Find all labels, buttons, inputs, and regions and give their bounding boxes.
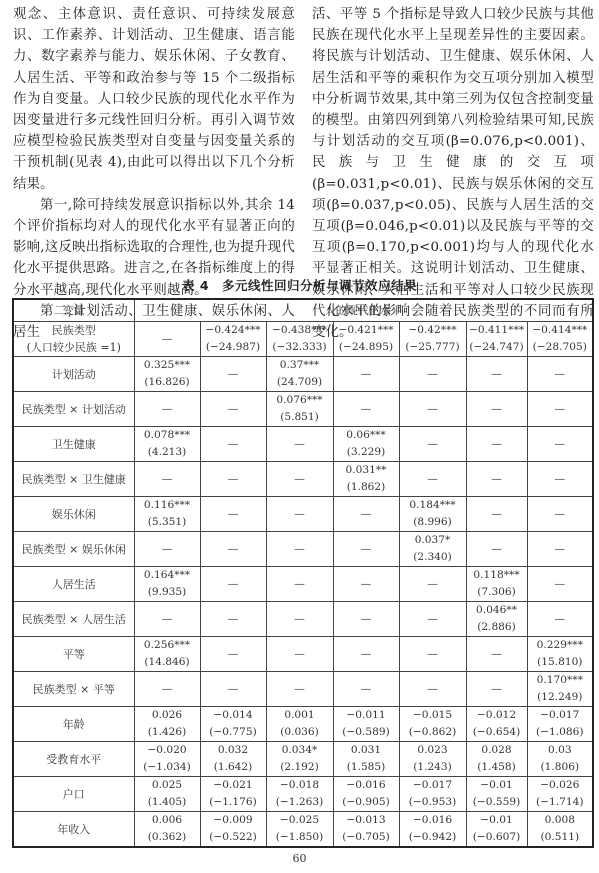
coefficient: 0.116***: [135, 497, 200, 514]
coefficient: —: [135, 541, 200, 558]
table-cell: —: [527, 567, 593, 602]
table-cell: —: [527, 602, 593, 637]
t-value: (−32.333): [267, 339, 333, 356]
t-value: (−1.086): [528, 724, 593, 741]
row-label: 受教育水平: [13, 742, 134, 777]
row-label-line: 年收入: [14, 821, 134, 838]
coefficient: —: [267, 611, 333, 628]
table-cell: 0.028(1.458): [466, 742, 527, 777]
table-cell: —: [200, 672, 266, 707]
table-cell: 0.032(1.642): [200, 742, 266, 777]
coefficient: −0.011: [334, 707, 399, 724]
table-cell: —: [466, 672, 527, 707]
row-label-line: 民族类型 × 人居生活: [14, 611, 134, 628]
table-cell: —: [266, 427, 333, 462]
t-value: (5.351): [135, 514, 200, 531]
coefficient: −0.015: [400, 707, 466, 724]
table-row: 年收入0.006(0.362)−0.009(−0.522)−0.025(−1.8…: [13, 812, 593, 848]
table-cell: —: [333, 602, 399, 637]
coefficient: −0.021: [201, 777, 266, 794]
t-value: (−1.714): [528, 794, 593, 811]
coefficient: 0.06***: [334, 427, 399, 444]
table-cell: 0.037*(2.340): [399, 532, 466, 567]
paragraph: 观念、主体意识、责任意识、可持续发展意识、工作素养、计划活动、卫生健康、语言能力…: [13, 4, 295, 195]
table-cell: −0.011(−0.589): [333, 707, 399, 742]
coefficient: −0.01: [467, 777, 527, 794]
table-cell: —: [200, 427, 266, 462]
table-cell: 0.118***(7.306): [466, 567, 527, 602]
coefficient: 0.170***: [528, 672, 593, 689]
row-label: 民族类型 × 平等: [13, 672, 134, 707]
table-cell: —: [266, 567, 333, 602]
coefficient: −0.42***: [400, 322, 466, 339]
table-cell: —: [266, 672, 333, 707]
table-cell: 0.184***(8.996): [399, 497, 466, 532]
table-cell: 0.116***(5.351): [134, 497, 200, 532]
coefficient: 0.028: [467, 742, 527, 759]
coefficient: —: [400, 646, 466, 663]
table-cell: —: [134, 532, 200, 567]
coefficient: −0.016: [400, 812, 466, 829]
row-label-line: 平等: [14, 646, 134, 663]
table-cell: —: [266, 462, 333, 497]
table-cell: −0.015(−0.862): [399, 707, 466, 742]
row-label: 民族类型 × 娱乐休闲: [13, 532, 134, 567]
coefficient: 0.034*: [267, 742, 333, 759]
coefficient: −0.411***: [467, 322, 527, 339]
coefficient: —: [467, 506, 527, 523]
coefficient: —: [467, 646, 527, 663]
coefficient: 0.032: [201, 742, 266, 759]
table-cell: —: [134, 322, 200, 357]
table-cell: 0.325***(16.826): [134, 357, 200, 392]
coefficient: —: [201, 436, 266, 453]
table-cell: —: [200, 567, 266, 602]
row-label: 人居生活: [13, 567, 134, 602]
table-cell: −0.414***(−28.705): [527, 322, 593, 357]
coefficient: —: [201, 681, 266, 698]
table-cell: 0.034*(2.192): [266, 742, 333, 777]
table-cell: 0.046**(2.886): [466, 602, 527, 637]
table-cell: −0.411***(−24.747): [466, 322, 527, 357]
coefficient: 0.023: [400, 742, 466, 759]
table-cell: 0.170***(12.249): [527, 672, 593, 707]
coefficient: 0.037*: [400, 532, 466, 549]
table-cell: 0.076***(5.851): [266, 392, 333, 427]
t-value: (−1.176): [201, 794, 266, 811]
table-cell: −0.009(−0.522): [200, 812, 266, 848]
table-row: 计划活动0.325***(16.826)—0.37***(24.709)————: [13, 357, 593, 392]
table-row: 民族类型 × 娱乐休闲————0.037*(2.340)——: [13, 532, 593, 567]
t-value: (−0.942): [400, 829, 466, 846]
coefficient: 0.001: [267, 707, 333, 724]
table-row: 人居生活0.164***(9.935)————0.118***(7.306)—: [13, 567, 593, 602]
coefficient: 0.025: [135, 777, 200, 794]
table-cell: —: [200, 602, 266, 637]
table-cell: —: [134, 462, 200, 497]
coefficient: 0.325***: [135, 357, 200, 374]
table-cell: 0.164***(9.935): [134, 567, 200, 602]
table-cell: 0.229***(15.810): [527, 637, 593, 672]
coefficient: —: [267, 681, 333, 698]
t-value: (−0.862): [400, 724, 466, 741]
coefficient: −0.016: [334, 777, 399, 794]
table-cell: 0.023(1.243): [399, 742, 466, 777]
coefficient: —: [334, 506, 399, 523]
table-cell: —: [399, 672, 466, 707]
coefficient: —: [334, 646, 399, 663]
t-value: (−28.705): [528, 339, 593, 356]
t-value: (−0.705): [334, 829, 399, 846]
coefficient: —: [334, 576, 399, 593]
coefficient: —: [528, 576, 593, 593]
coefficient: —: [334, 681, 399, 698]
table-cell: —: [399, 602, 466, 637]
t-value: (−24.747): [467, 339, 527, 356]
regression-table: 变量 人的现代化水平 民族类型(人口较少民族 =1)—−0.424***(−24…: [12, 298, 594, 848]
row-label-line: 户口: [14, 786, 134, 803]
row-label: 年收入: [13, 812, 134, 848]
t-value: (14.846): [135, 654, 200, 671]
coefficient: 0.256***: [135, 637, 200, 654]
row-label: 计划活动: [13, 357, 134, 392]
coefficient: −0.424***: [201, 322, 266, 339]
table-row: 民族类型 × 计划活动——0.076***(5.851)————: [13, 392, 593, 427]
table-row: 民族类型 × 人居生活—————0.046**(2.886)—: [13, 602, 593, 637]
t-value: (2.192): [267, 759, 333, 776]
t-value: (3.229): [334, 444, 399, 461]
coefficient: —: [201, 471, 266, 488]
table-cell: −0.017(−1.086): [527, 707, 593, 742]
coefficient: —: [400, 401, 466, 418]
table-cell: —: [466, 357, 527, 392]
t-value: (−0.775): [201, 724, 266, 741]
table-cell: —: [466, 462, 527, 497]
table-header-row: 变量 人的现代化水平: [13, 299, 593, 322]
row-label-line: 娱乐休闲: [14, 506, 134, 523]
t-value: (9.935): [135, 584, 200, 601]
table-cell: —: [466, 392, 527, 427]
coefficient: 0.03: [528, 742, 593, 759]
coefficient: −0.01: [467, 812, 527, 829]
row-label: 户口: [13, 777, 134, 812]
table-cell: —: [333, 672, 399, 707]
t-value: (1.806): [528, 759, 593, 776]
table-cell: −0.016(−0.905): [333, 777, 399, 812]
table-cell: —: [200, 497, 266, 532]
table-cell: —: [266, 637, 333, 672]
coefficient: —: [201, 506, 266, 523]
row-label-line: 年龄: [14, 716, 134, 733]
coefficient: —: [528, 506, 593, 523]
page-number: 60: [0, 852, 599, 865]
row-label: 民族类型 × 计划活动: [13, 392, 134, 427]
t-value: (0.362): [135, 829, 200, 846]
t-value: (24.709): [267, 374, 333, 391]
row-label-line: 受教育水平: [14, 751, 134, 768]
coefficient: —: [528, 541, 593, 558]
coefficient: —: [267, 576, 333, 593]
table-cell: —: [333, 357, 399, 392]
t-value: (−0.905): [334, 794, 399, 811]
coefficient: —: [528, 436, 593, 453]
t-value: (1.862): [334, 479, 399, 496]
t-value: (2.340): [400, 549, 466, 566]
coefficient: −0.009: [201, 812, 266, 829]
t-value: (−0.522): [201, 829, 266, 846]
t-value: (−0.559): [467, 794, 527, 811]
table-cell: —: [200, 357, 266, 392]
coefficient: −0.012: [467, 707, 527, 724]
table-title: 表 4 多元线性回归分析与调节效应结果: [0, 276, 599, 294]
table-row: 卫生健康0.078***(4.213)——0.06***(3.229)———: [13, 427, 593, 462]
coefficient: —: [267, 646, 333, 663]
coefficient: 0.031**: [334, 462, 399, 479]
row-label-line: 计划活动: [14, 366, 134, 383]
table-cell: 0.031(1.585): [333, 742, 399, 777]
coefficient: −0.014: [201, 707, 266, 724]
row-label-line: 人居生活: [14, 576, 134, 593]
coefficient: 0.046**: [467, 602, 527, 619]
table-row: 户口0.025(1.405)−0.021(−1.176)−0.018(−1.26…: [13, 777, 593, 812]
t-value: (−0.654): [467, 724, 527, 741]
coefficient: —: [400, 436, 466, 453]
row-label-line: 卫生健康: [14, 436, 134, 453]
table-row: 平等0.256***(14.846)—————0.229***(15.810): [13, 637, 593, 672]
row-label: 民族类型 × 卫生健康: [13, 462, 134, 497]
coefficient: −0.421***: [334, 322, 399, 339]
table-cell: −0.438***(−32.333): [266, 322, 333, 357]
coefficient: −0.018: [267, 777, 333, 794]
coefficient: —: [400, 611, 466, 628]
coefficient: —: [334, 366, 399, 383]
t-value: (−0.589): [334, 724, 399, 741]
table-cell: —: [527, 532, 593, 567]
row-label-line: 民族类型: [14, 322, 134, 339]
table-cell: —: [266, 602, 333, 637]
t-value: (5.851): [267, 409, 333, 426]
coefficient: —: [334, 401, 399, 418]
table-cell: —: [200, 392, 266, 427]
row-label: 民族类型(人口较少民族 =1): [13, 322, 134, 357]
t-value: (−1.034): [135, 759, 200, 776]
table-cell: −0.020(−1.034): [134, 742, 200, 777]
t-value: (1.426): [135, 724, 200, 741]
table-cell: —: [399, 427, 466, 462]
coefficient: −0.020: [135, 742, 200, 759]
row-label-line: 民族类型 × 卫生健康: [14, 471, 134, 488]
table-cell: 0.06***(3.229): [333, 427, 399, 462]
t-value: (−24.895): [334, 339, 399, 356]
table-cell: —: [399, 462, 466, 497]
t-value: (0.511): [528, 829, 593, 846]
t-value: (1.458): [467, 759, 527, 776]
table-cell: —: [333, 567, 399, 602]
table-cell: —: [200, 462, 266, 497]
t-value: (12.249): [528, 689, 593, 706]
table-cell: —: [399, 637, 466, 672]
coefficient: —: [528, 401, 593, 418]
coefficient: —: [135, 681, 200, 698]
row-label-line: (人口较少民族 =1): [14, 339, 134, 356]
table-cell: −0.025(−1.850): [266, 812, 333, 848]
t-value: (16.826): [135, 374, 200, 391]
table-cell: −0.021(−1.176): [200, 777, 266, 812]
coefficient: —: [467, 541, 527, 558]
table-cell: 0.37***(24.709): [266, 357, 333, 392]
coefficient: —: [400, 471, 466, 488]
table-cell: 0.006(0.362): [134, 812, 200, 848]
coefficient: 0.164***: [135, 567, 200, 584]
t-value: (−24.987): [201, 339, 266, 356]
table-cell: 0.001(0.036): [266, 707, 333, 742]
header-dependent-variable: 人的现代化水平: [134, 299, 593, 322]
table-cell: −0.013(−0.705): [333, 812, 399, 848]
row-label: 民族类型 × 人居生活: [13, 602, 134, 637]
table-cell: —: [527, 462, 593, 497]
coefficient: −0.025: [267, 812, 333, 829]
table-cell: −0.017(−0.953): [399, 777, 466, 812]
table-cell: —: [134, 602, 200, 637]
table-cell: −0.421***(−24.895): [333, 322, 399, 357]
coefficient: −0.438***: [267, 322, 333, 339]
table-cell: —: [333, 637, 399, 672]
t-value: (8.996): [400, 514, 466, 531]
coefficient: —: [135, 471, 200, 488]
coefficient: −0.017: [528, 707, 593, 724]
coefficient: —: [467, 471, 527, 488]
coefficient: —: [135, 331, 200, 348]
table-cell: −0.018(−1.263): [266, 777, 333, 812]
table-cell: —: [200, 532, 266, 567]
t-value: (−0.607): [467, 829, 527, 846]
table-cell: —: [134, 672, 200, 707]
table-cell: —: [333, 532, 399, 567]
coefficient: —: [201, 401, 266, 418]
table-cell: 0.031**(1.862): [333, 462, 399, 497]
table-cell: —: [466, 532, 527, 567]
coefficient: —: [400, 576, 466, 593]
row-label: 平等: [13, 637, 134, 672]
row-label-line: 民族类型 × 计划活动: [14, 401, 134, 418]
coefficient: 0.184***: [400, 497, 466, 514]
coefficient: —: [400, 366, 466, 383]
table-cell: −0.01(−0.559): [466, 777, 527, 812]
table-cell: 0.025(1.405): [134, 777, 200, 812]
t-value: (1.585): [334, 759, 399, 776]
coefficient: −0.026: [528, 777, 593, 794]
row-label-line: 民族类型 × 娱乐休闲: [14, 541, 134, 558]
coefficient: —: [400, 681, 466, 698]
t-value: (−25.777): [400, 339, 466, 356]
table-cell: 0.026(1.426): [134, 707, 200, 742]
table-cell: −0.42***(−25.777): [399, 322, 466, 357]
table-cell: −0.014(−0.775): [200, 707, 266, 742]
t-value: (1.405): [135, 794, 200, 811]
table-cell: —: [466, 497, 527, 532]
table-cell: —: [527, 427, 593, 462]
row-label: 娱乐休闲: [13, 497, 134, 532]
coefficient: —: [201, 646, 266, 663]
coefficient: 0.006: [135, 812, 200, 829]
table-cell: —: [466, 637, 527, 672]
table-row: 年龄0.026(1.426)−0.014(−0.775)0.001(0.036)…: [13, 707, 593, 742]
table-row: 民族类型 × 平等——————0.170***(12.249): [13, 672, 593, 707]
table-cell: 0.078***(4.213): [134, 427, 200, 462]
table-cell: —: [266, 497, 333, 532]
coefficient: —: [201, 611, 266, 628]
coefficient: 0.37***: [267, 357, 333, 374]
table-cell: −0.424***(−24.987): [200, 322, 266, 357]
coefficient: 0.229***: [528, 637, 593, 654]
coefficient: —: [267, 541, 333, 558]
t-value: (2.886): [467, 619, 527, 636]
coefficient: —: [267, 506, 333, 523]
t-value: (4.213): [135, 444, 200, 461]
table-row: 受教育水平−0.020(−1.034)0.032(1.642)0.034*(2.…: [13, 742, 593, 777]
coefficient: 0.026: [135, 707, 200, 724]
table-cell: —: [527, 497, 593, 532]
table-cell: —: [333, 392, 399, 427]
table-cell: −0.01(−0.607): [466, 812, 527, 848]
coefficient: —: [467, 681, 527, 698]
coefficient: —: [528, 366, 593, 383]
coefficient: —: [135, 611, 200, 628]
table-cell: —: [134, 392, 200, 427]
coefficient: —: [201, 576, 266, 593]
table-cell: 0.008(0.511): [527, 812, 593, 848]
t-value: (−0.953): [400, 794, 466, 811]
t-value: (0.036): [267, 724, 333, 741]
coefficient: 0.076***: [267, 392, 333, 409]
table-cell: —: [466, 427, 527, 462]
t-value: (1.642): [201, 759, 266, 776]
table-cell: —: [266, 532, 333, 567]
coefficient: —: [135, 401, 200, 418]
coefficient: —: [334, 611, 399, 628]
coefficient: 0.078***: [135, 427, 200, 444]
table-cell: —: [527, 392, 593, 427]
row-label: 年龄: [13, 707, 134, 742]
coefficient: —: [467, 366, 527, 383]
coefficient: 0.031: [334, 742, 399, 759]
coefficient: —: [201, 541, 266, 558]
coefficient: —: [267, 471, 333, 488]
table-cell: —: [527, 357, 593, 392]
table-cell: —: [399, 567, 466, 602]
coefficient: —: [528, 471, 593, 488]
table-cell: —: [200, 637, 266, 672]
coefficient: —: [528, 611, 593, 628]
row-label: 卫生健康: [13, 427, 134, 462]
t-value: (7.306): [467, 584, 527, 601]
table-row: 民族类型 × 卫生健康———0.031**(1.862)———: [13, 462, 593, 497]
table-cell: 0.03(1.806): [527, 742, 593, 777]
t-value: (−1.263): [267, 794, 333, 811]
coefficient: —: [334, 541, 399, 558]
t-value: (−1.850): [267, 829, 333, 846]
coefficient: —: [467, 401, 527, 418]
table-cell: 0.256***(14.846): [134, 637, 200, 672]
table-cell: —: [399, 357, 466, 392]
table-cell: −0.026(−1.714): [527, 777, 593, 812]
coefficient: —: [467, 436, 527, 453]
table-row: 娱乐休闲0.116***(5.351)———0.184***(8.996)——: [13, 497, 593, 532]
table-cell: —: [333, 497, 399, 532]
table-row: 民族类型(人口较少民族 =1)—−0.424***(−24.987)−0.438…: [13, 322, 593, 357]
coefficient: 0.008: [528, 812, 593, 829]
coefficient: —: [201, 366, 266, 383]
